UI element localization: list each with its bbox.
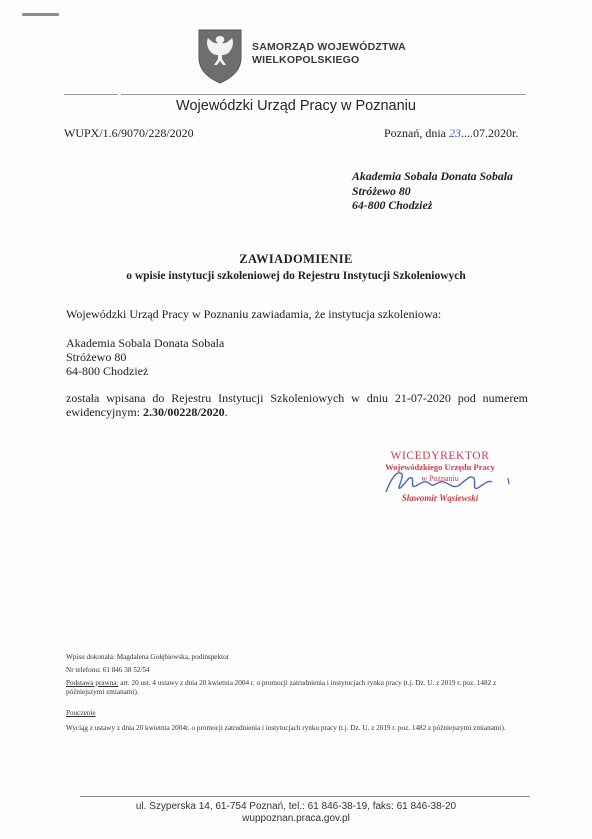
legal-basis: Podstawa prawna: art. 20 ust. 4 ustawy z… [66, 679, 536, 697]
notice-title: ZAWIADOMIENIE [0, 252, 592, 267]
reference-number: WUPX/1.6/9070/228/2020 [64, 126, 194, 141]
divider-gap [118, 93, 121, 96]
institution-city: 64-800 Chodzież [66, 364, 224, 378]
recipient-name: Akademia Sobala Donata Sobala [352, 169, 513, 184]
date-prefix: Poznań, dnia [384, 126, 449, 140]
scan-mark [22, 13, 59, 16]
eagle-crest-icon [197, 28, 243, 84]
stamp-title: WICEDYREKTOR [360, 451, 520, 462]
recipient-address: Akademia Sobala Donata Sobala Stróżewo 8… [352, 169, 513, 213]
footer-website: wuppoznan.praca.gov.pl [0, 813, 592, 825]
recipient-city: 64-800 Chodzież [352, 198, 513, 213]
org-line-1: SAMORZĄD WOJEWÓDZTWA [252, 41, 406, 54]
footer: ul. Szyperska 14, 61-754 Poznań, tel.: 6… [0, 801, 592, 825]
recipient-street: Stróżewo 80 [352, 184, 513, 199]
prepared-by: Wpisu dokonała: Magdalena Gołębiewska, p… [66, 653, 536, 662]
date-suffix: ....07.2020r. [461, 126, 518, 140]
registration-end: . [225, 405, 228, 419]
date-handwritten: 23 [449, 126, 461, 140]
institution-name: Akademia Sobala Donata Sobala [66, 336, 224, 350]
footer-divider [80, 796, 530, 797]
institution-address: Akademia Sobala Donata Sobala Stróżewo 8… [66, 336, 224, 378]
notice-subtitle: o wpisie instytucji szkoleniowej do Reje… [0, 270, 592, 282]
signature-icon [378, 466, 518, 498]
org-name: SAMORZĄD WOJEWÓDZTWA WIELKOPOLSKIEGO [252, 41, 406, 67]
contact-phone: Nr telefonu: 61 846 38 52/54 [66, 666, 536, 675]
legal-basis-text: art. 20 ust. 4 ustawy z dnia 20 kwietnia… [66, 679, 496, 696]
registration-number: 2.30/00228/2020 [143, 405, 225, 419]
org-line-2: WIELKOPOLSKIEGO [252, 54, 406, 67]
document-date: Poznań, dnia 23....07.2020r. [384, 126, 518, 141]
footer-address: ul. Szyperska 14, 61-754 Poznań, tel.: 6… [0, 801, 592, 813]
registration-paragraph: została wpisana do Rejestru Instytucji S… [66, 391, 528, 419]
office-title: Wojewódzki Urząd Pracy w Poznaniu [0, 98, 592, 114]
institution-street: Stróżewo 80 [66, 350, 224, 364]
header-divider [64, 94, 526, 95]
legal-basis-label: Podstawa prawna: [66, 679, 119, 687]
instruction-label: Pouczenie [66, 709, 536, 718]
intro-paragraph: Wojewódzki Urząd Pracy w Poznaniu zawiad… [66, 307, 441, 321]
instruction-text: Wyciąg z ustawy z dnia 20 kwietnia 2004r… [66, 724, 536, 733]
registration-text: została wpisana do Rejestru Instytucji S… [66, 391, 528, 419]
